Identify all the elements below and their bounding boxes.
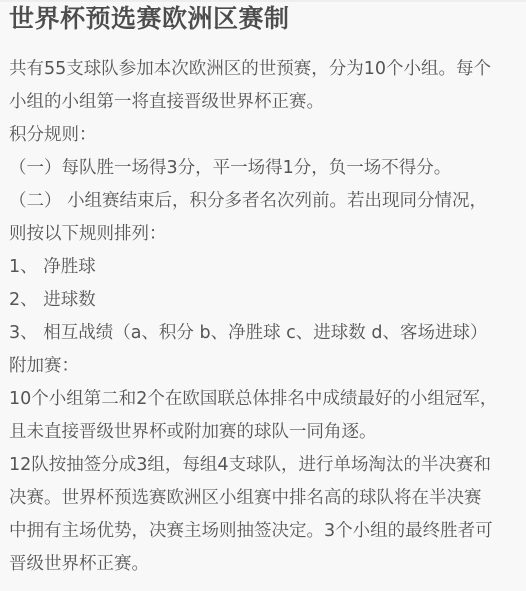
rule-item-2-line-1: （二） 小组赛结束后，积分多者名次列前。若出现同分情况， [9,185,521,218]
playoffs-paragraph-2-line-2: 决赛。世界杯预选赛欧洲区小组赛中排名高的球队将在半决赛 [9,482,521,515]
tiebreaker-item-1: 1、 净胜球 [9,251,521,284]
playoffs-paragraph-2-line-4: 晋级世界杯正赛。 [9,548,521,581]
tiebreaker-item-3: 3、 相互战绩（a、积分 b、净胜球 c、进球数 d、客场进球） [9,317,521,350]
article-title: 世界杯预选赛欧洲区赛制 [9,2,290,36]
paragraph-intro-line-2: 小组的小组第一将直接晋级世界杯正赛。 [9,86,521,119]
rule-item-2-line-2: 则按以下规则排列： [9,218,521,251]
playoffs-paragraph-2-line-1: 12队按抽签分成3组，每组4支球队，进行单场淘汰的半决赛和 [9,449,521,482]
section-heading-playoffs: 附加赛： [9,350,521,383]
playoffs-paragraph-2-line-3: 中拥有主场优势，决赛主场则抽签决定。3个小组的最终胜者可 [9,515,521,548]
rule-item-1: （一）每队胜一场得3分，平一场得1分，负一场不得分。 [9,152,521,185]
tiebreaker-item-2: 2、 进球数 [9,284,521,317]
playoffs-paragraph-1-line-1: 10个小组第二和2个在欧国联总体排名中成绩最好的小组冠军， [9,383,521,416]
paragraph-intro-line-1: 共有55支球队参加本次欧洲区的世预赛，分为10个小组。每个 [9,53,521,86]
section-heading-scoring-rules: 积分规则： [9,119,521,152]
playoffs-paragraph-1-line-2: 且未直接晋级世界杯或附加赛的球队一同角逐。 [9,416,521,449]
article-body: 共有55支球队参加本次欧洲区的世预赛，分为10个小组。每个 小组的小组第一将直接… [9,53,521,581]
